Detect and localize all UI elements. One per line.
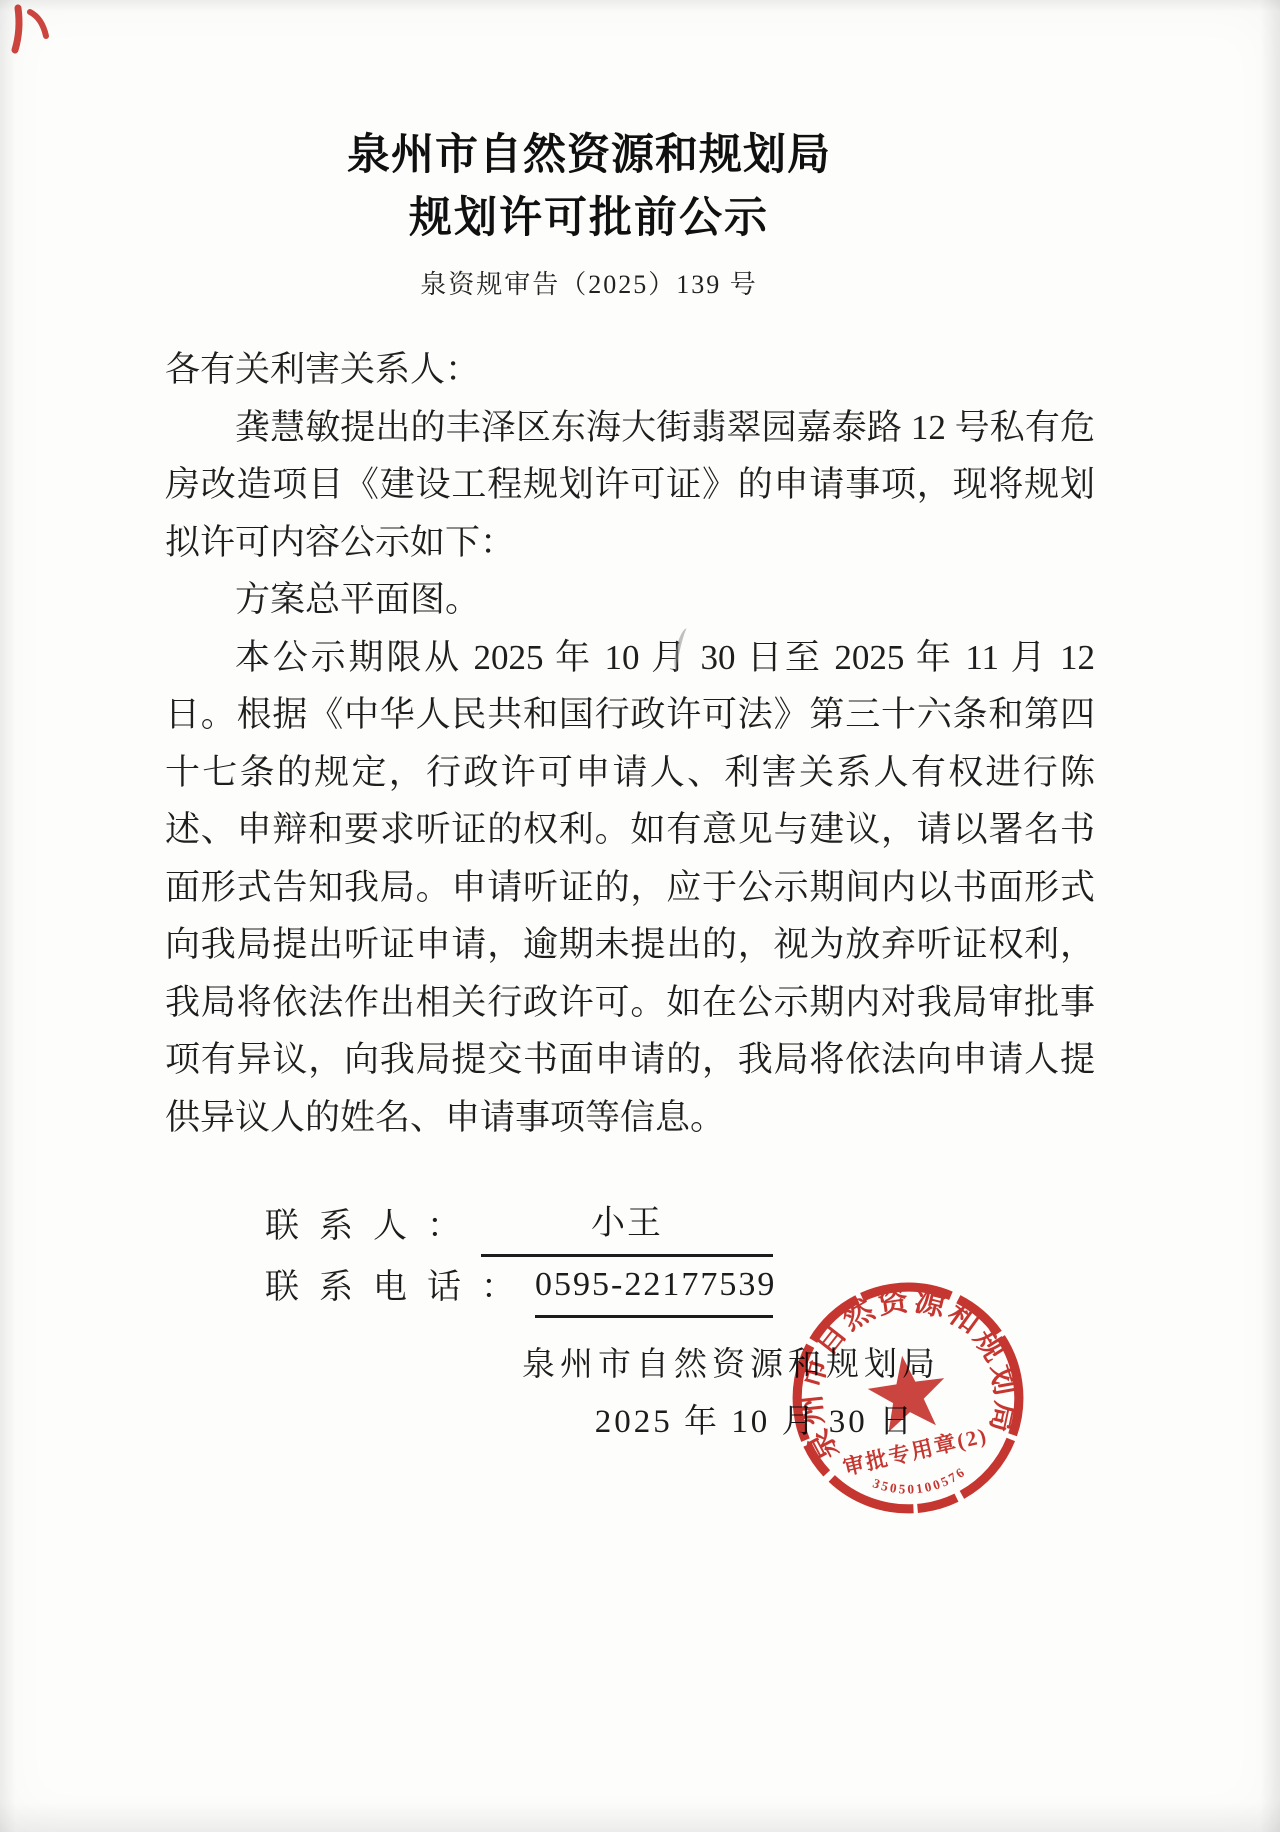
document-title: 泉州市自然资源和规划局 xyxy=(158,126,1020,186)
paragraph-project: 龚慧敏提出的丰泽区东海大街翡翠园嘉泰路 12 号私有危房改造项目《建设工程规划许… xyxy=(165,399,1095,572)
contact-phone-label: 联系电话： xyxy=(265,1269,535,1306)
salutation: 各有关利害关系人： xyxy=(165,341,1095,399)
contact-person-label: 联系人： xyxy=(265,1208,481,1245)
document-number: 泉资规审告（2025）139 号 xyxy=(158,264,1020,301)
document-page: 泉州市自然资源和规划局 规划许可批前公示 泉资规审告（2025）139 号 各有… xyxy=(0,0,1280,1832)
seal-serial: 35050100576 xyxy=(869,1462,971,1502)
contact-phone-row: 联系电话：0595-22177539 xyxy=(265,1257,1280,1318)
signature-org: 泉州市自然资源和规划局 xyxy=(0,1336,940,1394)
document-body: 各有关利害关系人： 龚慧敏提出的丰泽区东海大街翡翠园嘉泰路 12 号私有危房改造… xyxy=(165,341,1095,1146)
contact-phone-underline: 0595-22177539 xyxy=(535,1259,773,1318)
contact-person-value: 小王 xyxy=(591,1205,663,1242)
document-subtitle: 规划许可批前公示 xyxy=(158,190,1020,248)
red-corner-mark-icon xyxy=(6,4,52,56)
signature-date: 2025 年 10 月 30 日 xyxy=(0,1394,940,1450)
contact-person-underline: 小王 xyxy=(481,1198,773,1257)
paragraph-plan: 方案总平面图。 xyxy=(165,571,1095,629)
paragraph-notice-period: 本公示期限从 2025 年 10 月 30 日至 2025 年 11 月 12 … xyxy=(165,629,1095,1147)
contact-phone-value: 0595-22177539 xyxy=(535,1266,776,1303)
signature-block: 泉州市自然资源和规划局 2025 年 10 月 30 日 xyxy=(0,1336,940,1450)
contact-section: 联系人：小王 联系电话：0595-22177539 xyxy=(265,1196,1280,1318)
document-header: 泉州市自然资源和规划局 规划许可批前公示 泉资规审告（2025）139 号 xyxy=(158,0,1020,301)
contact-person-row: 联系人：小王 xyxy=(265,1196,1280,1257)
